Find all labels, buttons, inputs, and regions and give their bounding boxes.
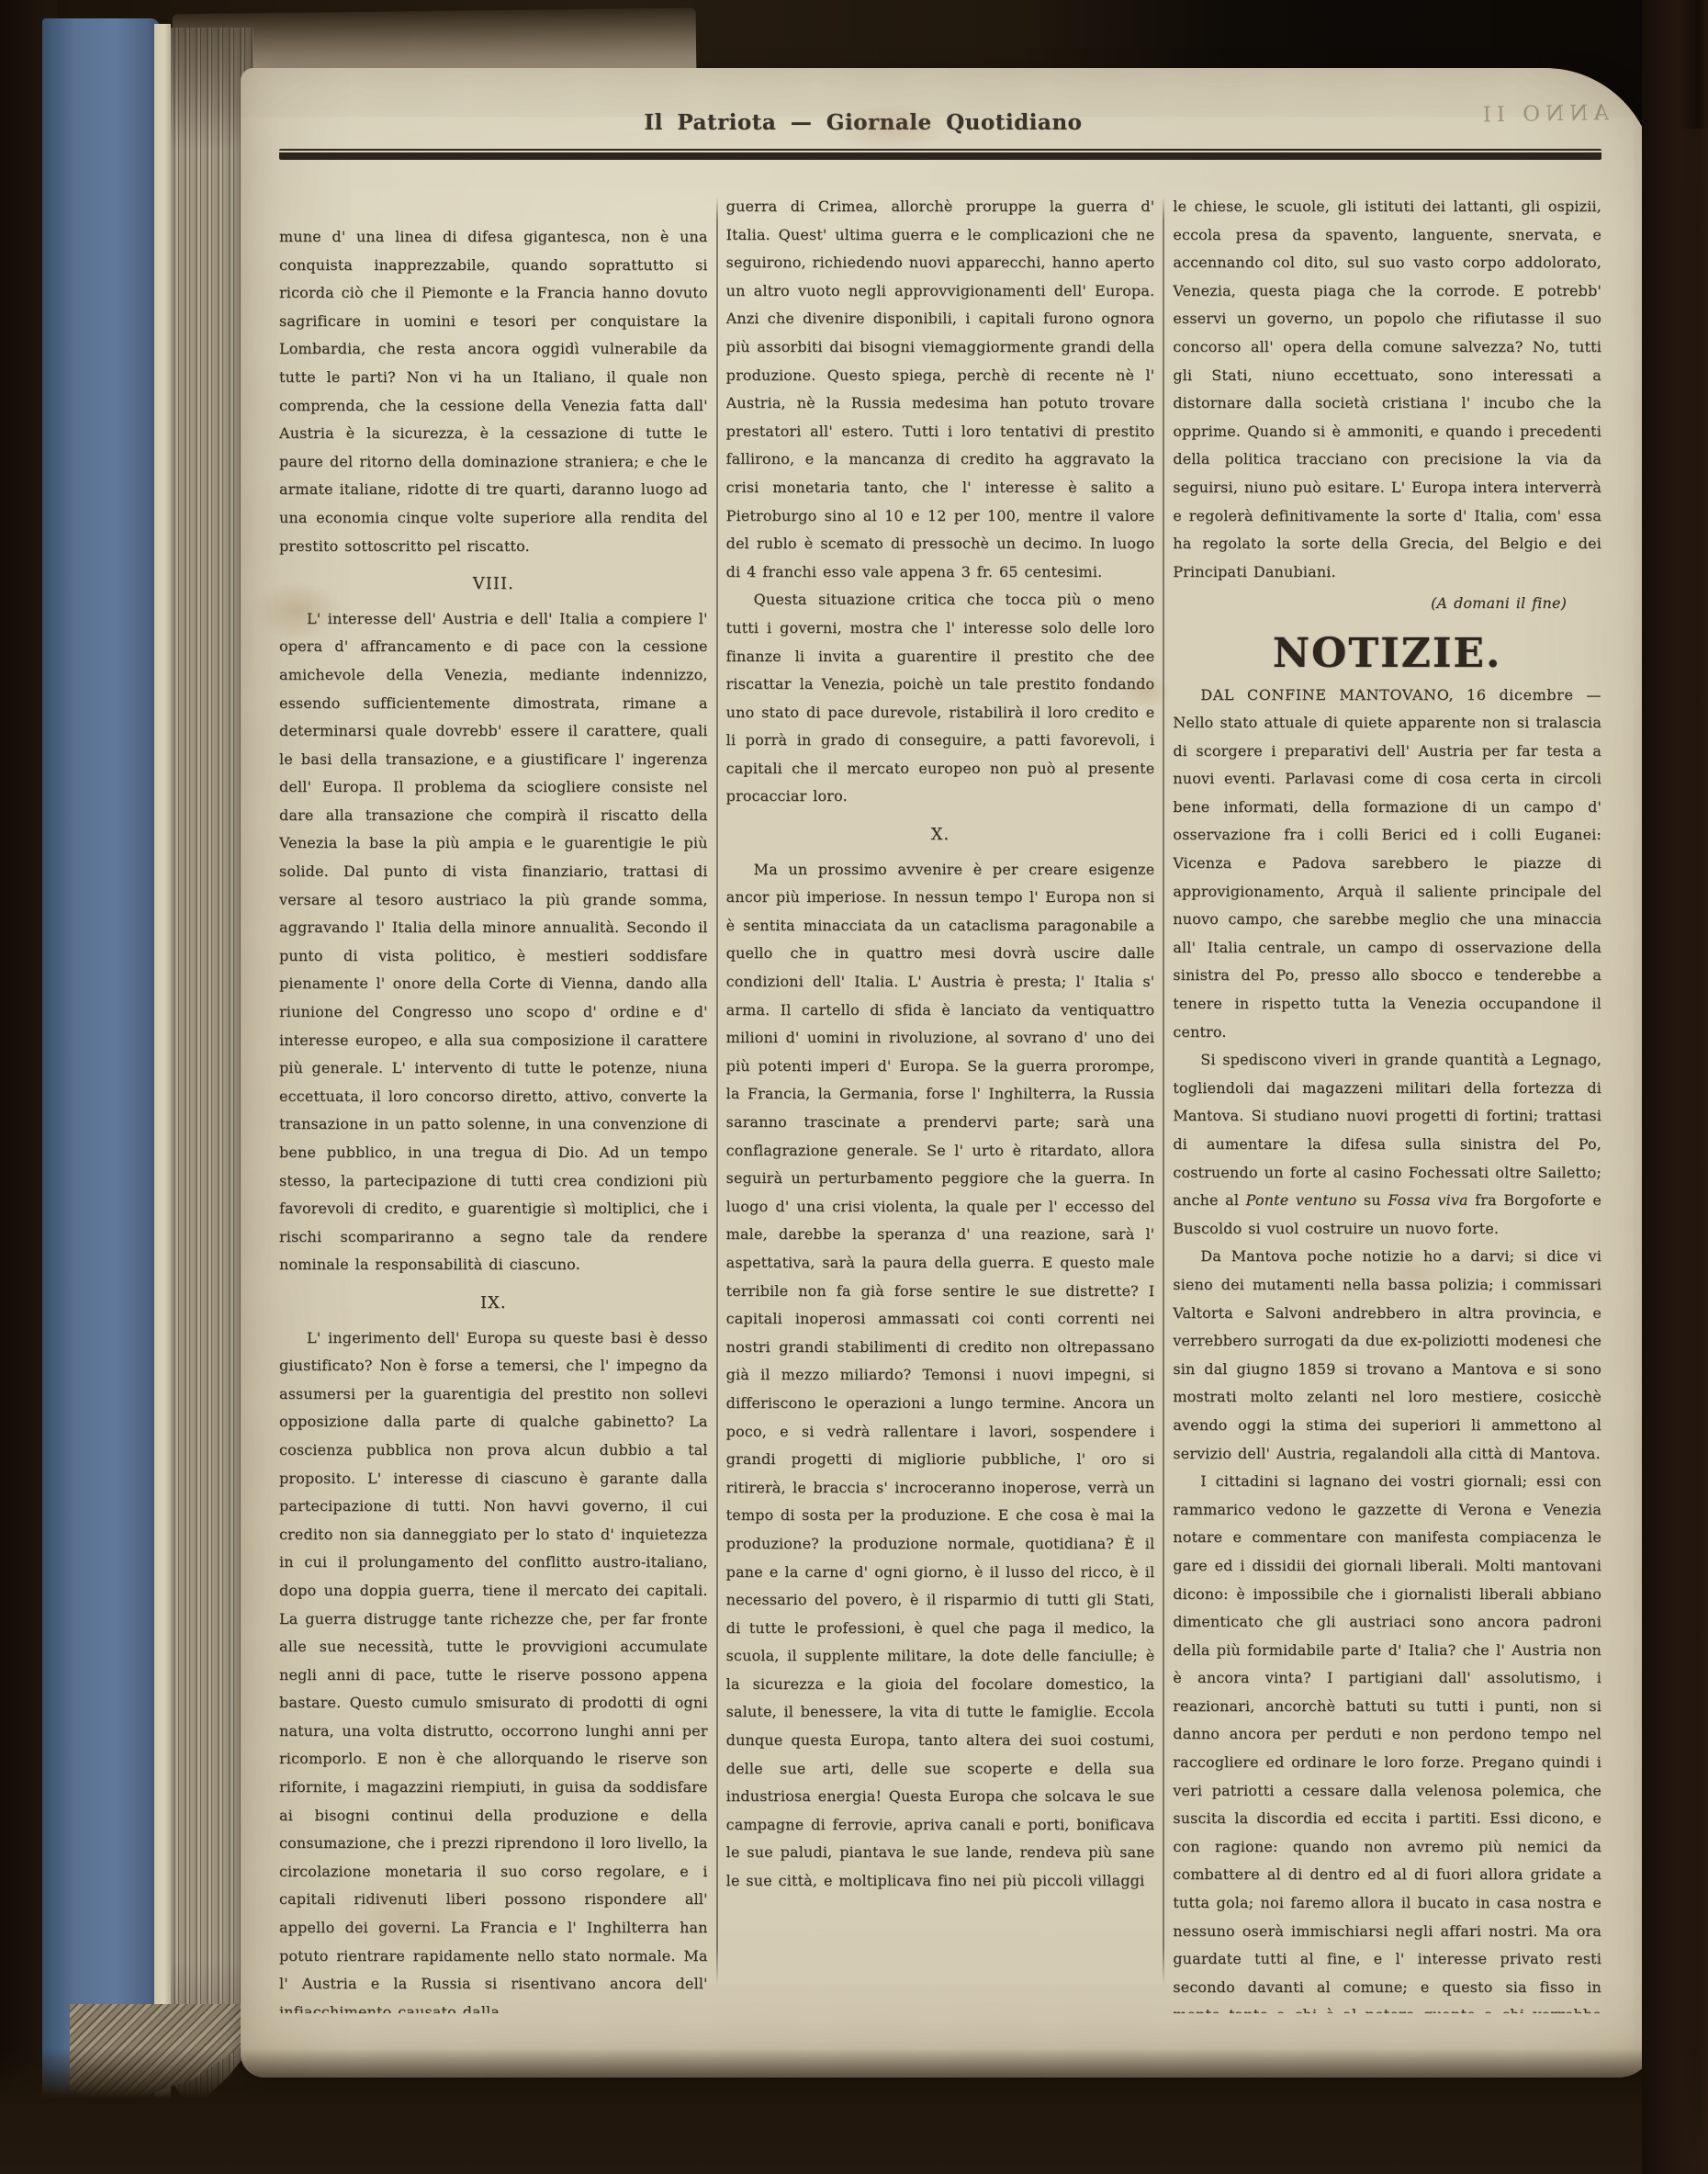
column-rule [716, 197, 718, 1986]
background-right-shadow [1642, 0, 1708, 2174]
masthead-title: Il Patriota — Giornale Quotidiano [643, 110, 1084, 135]
article-paragraph: I cittadini si lagnano dei vostri giorna… [1173, 1468, 1601, 2013]
article-columns: mune d' una linea di difesa gigantesca, … [279, 193, 1601, 2013]
italic-place-name: Ponte ventuno [1246, 1191, 1357, 1209]
article-paragraph: L' interesse dell' Austria e dell' Itali… [279, 605, 708, 1279]
continuation-note: (A domani il fine) [1173, 590, 1567, 618]
paragraph-text: Nello stato attuale di quiete apparente … [1173, 714, 1601, 1041]
section-heading-ix: IX. [279, 1290, 708, 1318]
cover-inner-edge [154, 24, 171, 2151]
book-cover-edge [42, 18, 160, 2158]
dateline: DAL CONFINE MANTOVANO, 16 dicembre — [1200, 686, 1601, 704]
article-paragraph: le chiese, le scuole, gli istituti dei l… [1173, 193, 1601, 586]
article-paragraph: guerra di Crimea, allorchè proruppe la g… [726, 193, 1155, 586]
newspaper-page: ANNO II Il Patriota — Giornale Quotidian… [241, 68, 1655, 2078]
column-3: le chiese, le scuole, gli istituti dei l… [1173, 193, 1601, 2013]
background-bottom-shadow [0, 2048, 1708, 2174]
italic-place-name: Fossa viva [1388, 1191, 1467, 1209]
column-rule [1163, 197, 1164, 1986]
column-2: guerra di Crimea, allorchè proruppe la g… [726, 193, 1155, 2013]
masthead-rule [279, 149, 1601, 160]
article-paragraph: Si spediscono viveri in grande quantità … [1173, 1046, 1601, 1243]
notizie-heading: NOTIZIE. [1173, 640, 1601, 669]
bleedthrough-text: ANNO II [1407, 101, 1609, 129]
column-1: mune d' una linea di difesa gigantesca, … [279, 193, 708, 2013]
article-paragraph: L' ingerimento dell' Europa su queste ba… [279, 1324, 708, 2013]
section-heading-x: X. [726, 821, 1155, 850]
article-paragraph: Da Mantova poche notizie ho a darvi; si … [1173, 1243, 1601, 1468]
article-paragraph: DAL CONFINE MANTOVANO, 16 dicembre — Nel… [1173, 681, 1601, 1047]
article-paragraph: Ma un prossimo avvenire è per creare esi… [726, 856, 1155, 1896]
article-paragraph: Questa situazione critica che tocca più … [726, 586, 1155, 811]
paragraph-text: Si spediscono viveri in grande quantità … [1173, 1051, 1601, 1209]
book-scan: ANNO II Il Patriota — Giornale Quotidian… [0, 0, 1708, 2174]
section-heading-viii: VIII. [279, 570, 708, 599]
paragraph-text: su [1356, 1191, 1388, 1209]
article-paragraph: mune d' una linea di difesa gigantesca, … [279, 223, 708, 560]
